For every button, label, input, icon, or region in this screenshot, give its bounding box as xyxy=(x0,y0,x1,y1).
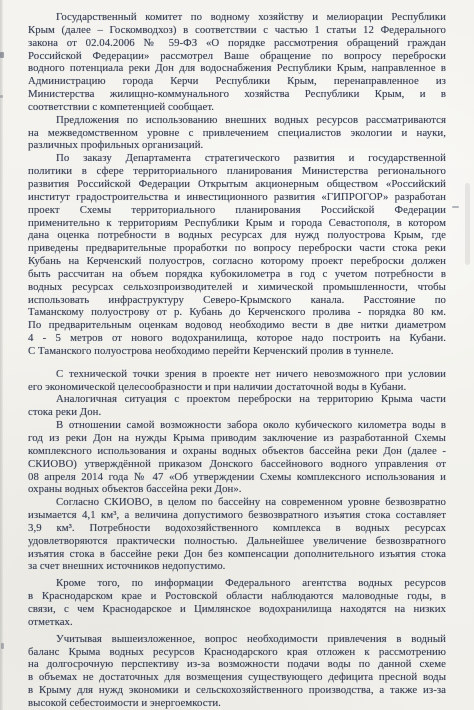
text-line: отметках. xyxy=(28,616,446,629)
text-line: в объемах не достаточных для возмещения … xyxy=(28,671,446,684)
document-page: Государственный комитет по водному хозяй… xyxy=(0,0,474,710)
text-line: соответствии с компетенцией сообщает. xyxy=(28,101,446,114)
document-body: Государственный комитет по водному хозяй… xyxy=(28,11,446,710)
text-line: По предварительным оценкам водовод необх… xyxy=(28,319,446,332)
text-line: приведены предварительные проработки по … xyxy=(28,242,446,255)
text-line: В отношении самой возможности забора око… xyxy=(28,419,446,432)
text-line: Предложения по использованию внешних вод… xyxy=(28,114,446,127)
text-line: политики в сфере территориального планир… xyxy=(28,165,446,178)
paragraph: Учитывая вышеизложенное, вопрос необходи… xyxy=(28,633,446,710)
text-line: По заказу Департамента стратегического р… xyxy=(28,152,446,165)
text-line: использовать инфраструктуру Северо-Крымс… xyxy=(28,294,446,307)
text-line: СКИОВО) утверждённой приказом Донского б… xyxy=(28,458,446,471)
text-line: различных профильных организаций. xyxy=(28,139,446,152)
paragraph: С технической точки зрения в проекте нет… xyxy=(28,368,446,394)
text-line: С технической точки зрения в проекте нет… xyxy=(28,368,446,381)
text-line: применительно к территориям Республики К… xyxy=(28,217,446,230)
text-line: быть рассчитан на объем порядка кубокило… xyxy=(28,268,446,281)
text-line: стока реки Дон. xyxy=(28,406,446,419)
paragraph: Предложения по использованию внешних вод… xyxy=(28,114,446,153)
text-line: в Крыму для нужд экономики и сельскохозя… xyxy=(28,684,446,697)
text-line: Таманскому полуострову от р. Кубань до К… xyxy=(28,306,446,319)
text-line: Администрацию города Керчи Республики Кр… xyxy=(28,75,446,88)
text-line: высокой себестоимости и энергоемкости. xyxy=(28,697,446,710)
text-line: водного потенциала реки Дон для водоснаб… xyxy=(28,62,446,75)
text-line: изымается 4,1 км³, а величина допустимог… xyxy=(28,509,446,522)
scanned-letter-page: { "colors": { "paper": "#f3f2ee", "ink":… xyxy=(0,0,474,710)
text-line: институт градостроительства и инвестицио… xyxy=(28,191,446,204)
text-line: проект Схемы территориального планирован… xyxy=(28,204,446,217)
text-line: удовлетворяются практически полностью. Д… xyxy=(28,535,446,548)
scan-speck xyxy=(1,643,4,649)
scan-speck xyxy=(0,95,3,98)
text-line: Аналогичная ситуация с проектом переброс… xyxy=(28,393,446,406)
text-line: охраны водных объектов бассейна реки Дон… xyxy=(28,483,446,496)
paragraph: По заказу Департамента стратегического р… xyxy=(28,152,446,358)
text-line: год из реки Дон на нужды Крыма приводим … xyxy=(28,432,446,445)
text-line: изъятия стока в бассейне реки Дон без ко… xyxy=(28,548,446,561)
scan-speck xyxy=(452,206,459,208)
scan-speck xyxy=(0,52,4,58)
text-line: Крым (далее – Госкомводхоз) в соответств… xyxy=(28,24,446,37)
text-line: связи, с чем Краснодарское и Цимлянское … xyxy=(28,603,446,616)
paragraph: Согласно СКИОВО, в целом по бассейну на … xyxy=(28,496,446,573)
text-line: 08 апреля 2014 года № 47 «Об утверждении… xyxy=(28,471,446,484)
text-line: развития Российской Федерации Открытым а… xyxy=(28,178,446,191)
text-line: водных ресурсах сельхозпроизводителей и … xyxy=(28,281,446,294)
scan-smudge xyxy=(465,183,470,265)
text-line: Министерства жилищно-коммунального хозяй… xyxy=(28,88,446,101)
text-line: на межведомственном уровне с привлечение… xyxy=(28,127,446,140)
text-line: баланс Крыма водных ресурсов Краснодарск… xyxy=(28,646,446,659)
text-line: 4 - 5 метров от нового водохранилища, ко… xyxy=(28,332,446,345)
text-line: С Таманского полуострова необходимо пере… xyxy=(28,345,446,358)
text-line: Согласно СКИОВО, в целом по бассейну на … xyxy=(28,496,446,509)
text-line: Кубань на Керченский полуостров, согласн… xyxy=(28,255,446,268)
text-line: за счет внешних источников недопустимо. xyxy=(28,560,446,573)
text-line: в Краснодарском крае и Ростовской област… xyxy=(28,590,446,603)
text-line: дана оценка потребности в водных ресурса… xyxy=(28,229,446,242)
text-line: 3,9 км³. Потребности водохозяйственного … xyxy=(28,522,446,535)
text-line: Кроме того, по информации Федерального а… xyxy=(28,577,446,590)
paragraph: Кроме того, по информации Федерального а… xyxy=(28,577,446,628)
paragraph: В отношении самой возможности забора око… xyxy=(28,419,446,496)
text-line: Учитывая вышеизложенное, вопрос необходи… xyxy=(28,633,446,646)
text-line: Государственный комитет по водному хозяй… xyxy=(28,11,446,24)
scan-edge-shadow xyxy=(0,0,3,710)
text-line: закона от 02.04.2006 № 59-ФЗ «О порядке … xyxy=(28,37,446,50)
text-line: комплексного использования и охраны водн… xyxy=(28,445,446,458)
text-line: Российской Федерации» рассмотрел Ваше об… xyxy=(28,50,446,63)
paragraph: Государственный комитет по водному хозяй… xyxy=(28,11,446,114)
paragraph: Аналогичная ситуация с проектом переброс… xyxy=(28,393,446,419)
text-line: на долгосрочную перспективу из-за возмож… xyxy=(28,658,446,671)
text-line: его экономической целесообразности и при… xyxy=(28,381,446,394)
